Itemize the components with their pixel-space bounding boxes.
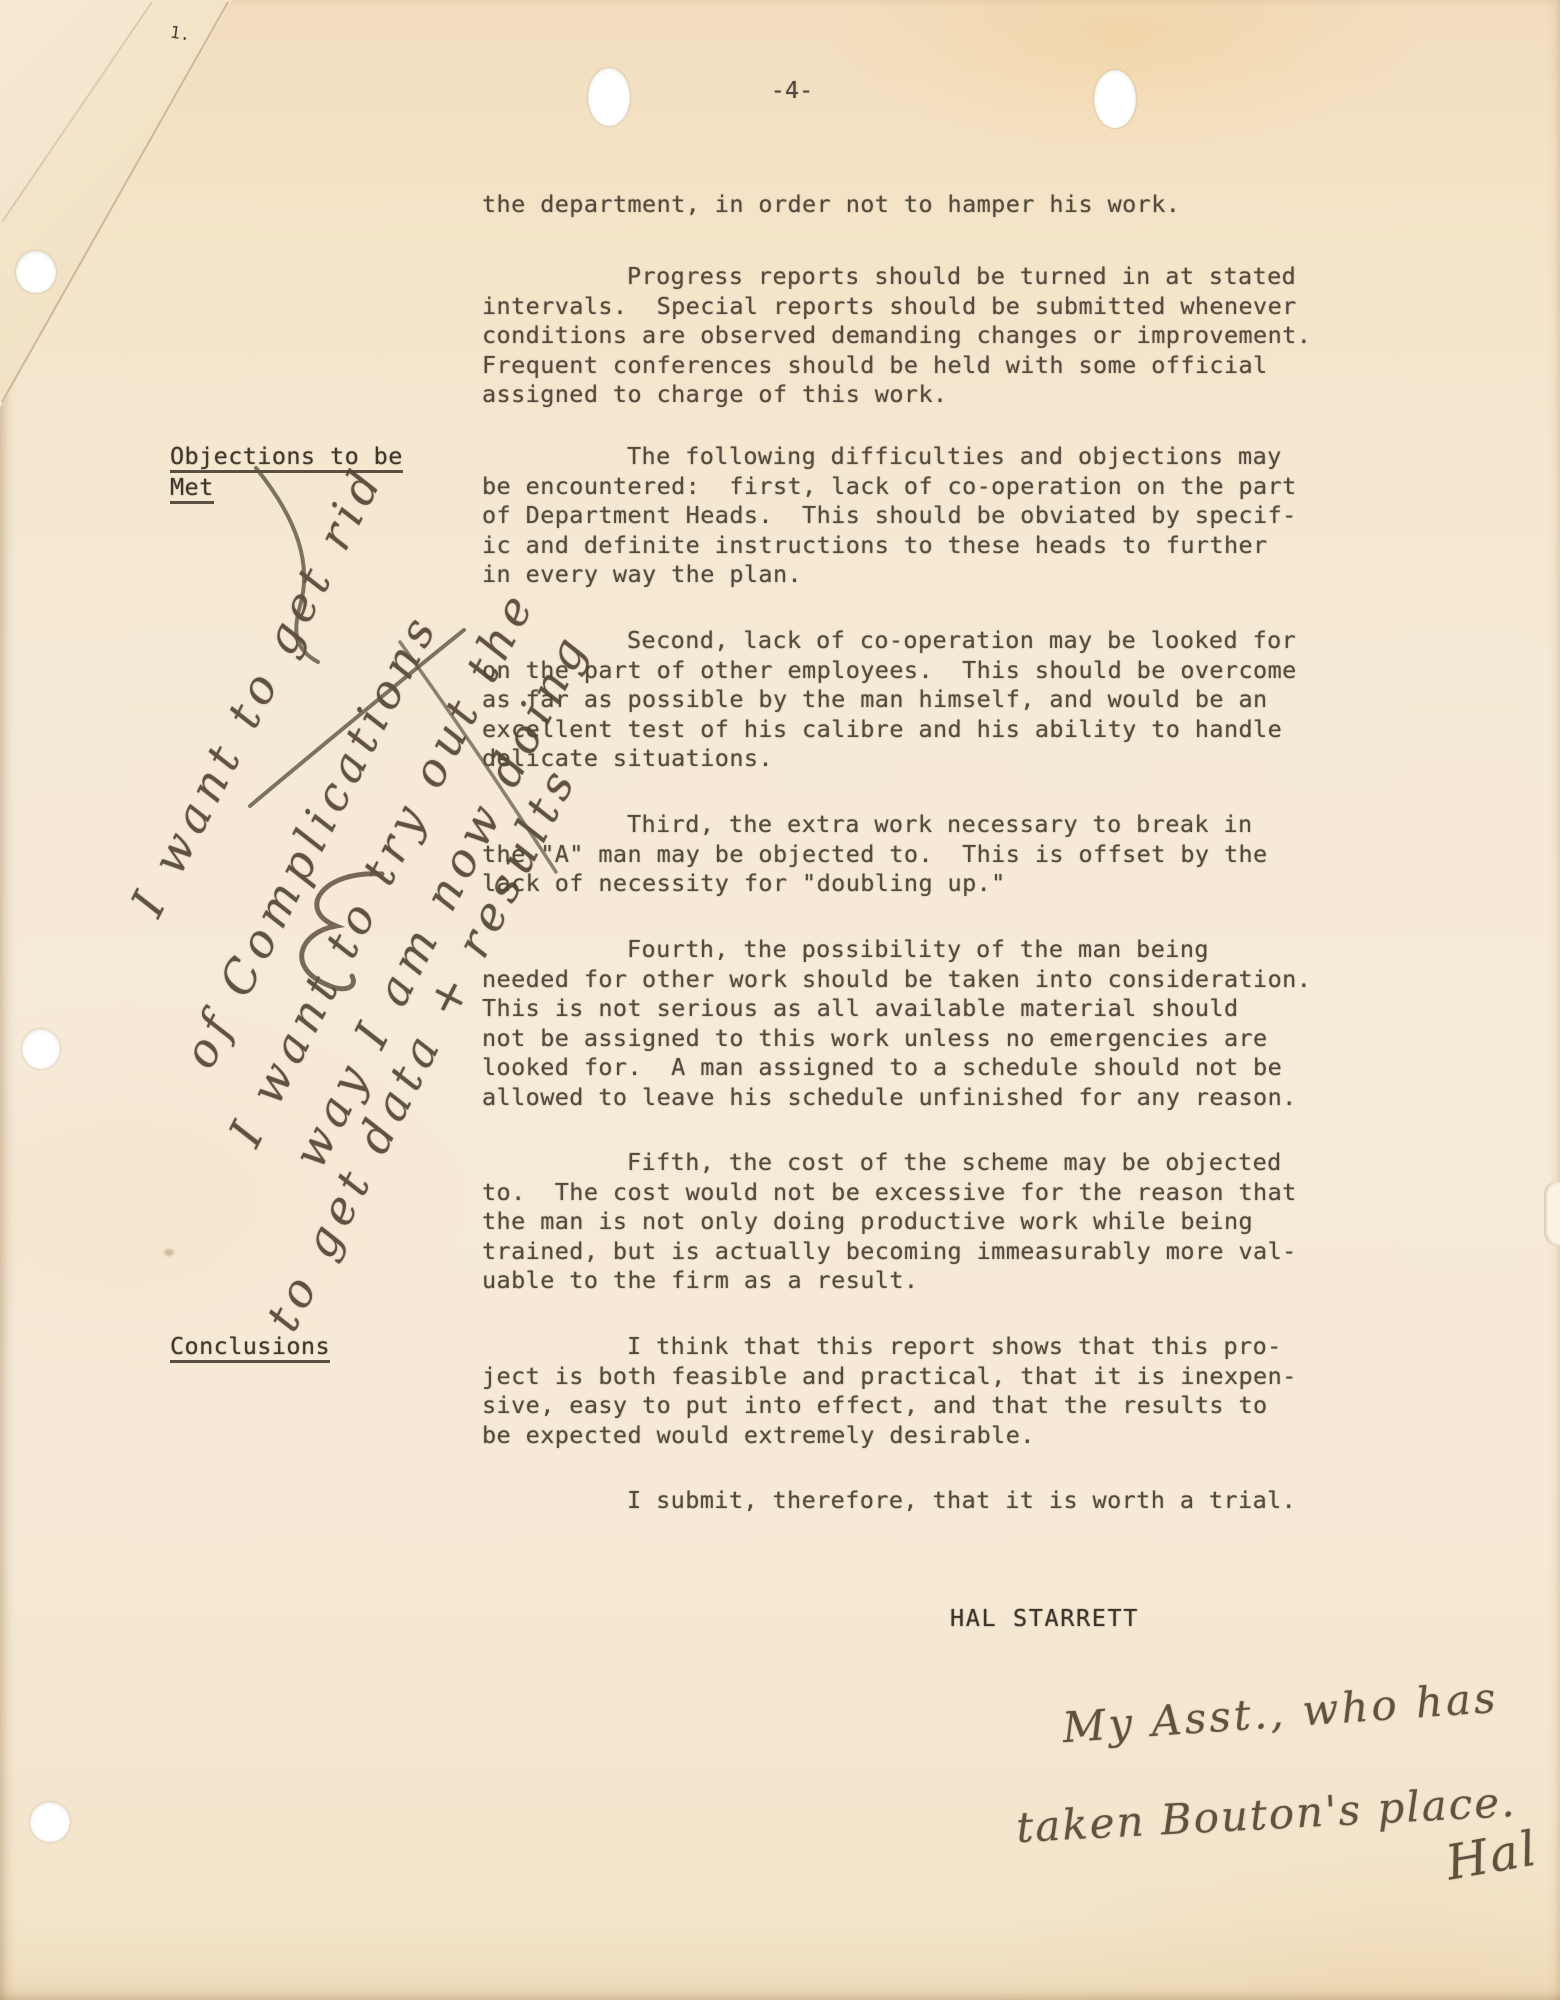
handwritten-annotation-line: I want to get rid <box>120 456 394 924</box>
punch-hole-left-upper <box>16 251 56 293</box>
document-page: 1. -4- the department, in order not to h… <box>0 0 1560 2000</box>
punch-hole-top-right <box>1094 70 1136 128</box>
margin-label-conclusions: Conclusions <box>170 1332 330 1363</box>
typed-signature: HAL STARRETT <box>950 1604 1139 1632</box>
margin-label-objections-line2: Met <box>170 474 214 504</box>
paragraph-difficulties: The following difficulties and objection… <box>482 442 1402 590</box>
handwritten-signature: Hal <box>1442 1820 1542 1891</box>
paragraph-progress-reports: Progress reports should be turned in at … <box>482 262 1402 410</box>
paragraph-conclusion-body: I think that this report shows that this… <box>482 1332 1402 1450</box>
paragraph-submit: I submit, therefore, that it is worth a … <box>482 1486 1402 1516</box>
paragraph-fifth: Fifth, the cost of the scheme may be obj… <box>482 1148 1402 1296</box>
punch-hole-left-lower <box>30 1802 70 1842</box>
paper-stain <box>164 1249 174 1256</box>
handwritten-note-line1: My Asst., who has <box>1061 1673 1500 1752</box>
page-number: -4- <box>752 76 832 104</box>
punch-hole-left-middle <box>22 1029 60 1069</box>
punch-hole-top-left <box>588 68 630 126</box>
paragraph-continuation: the department, in order not to hamper h… <box>482 190 1402 220</box>
edge-tear <box>1544 1182 1560 1246</box>
paragraph-fourth: Fourth, the possibility of the man being… <box>482 935 1402 1112</box>
paragraph-second: Second, lack of co-operation may be look… <box>482 626 1402 774</box>
paragraph-third: Third, the extra work necessary to break… <box>482 810 1402 899</box>
corner-mark: 1. <box>169 23 192 46</box>
